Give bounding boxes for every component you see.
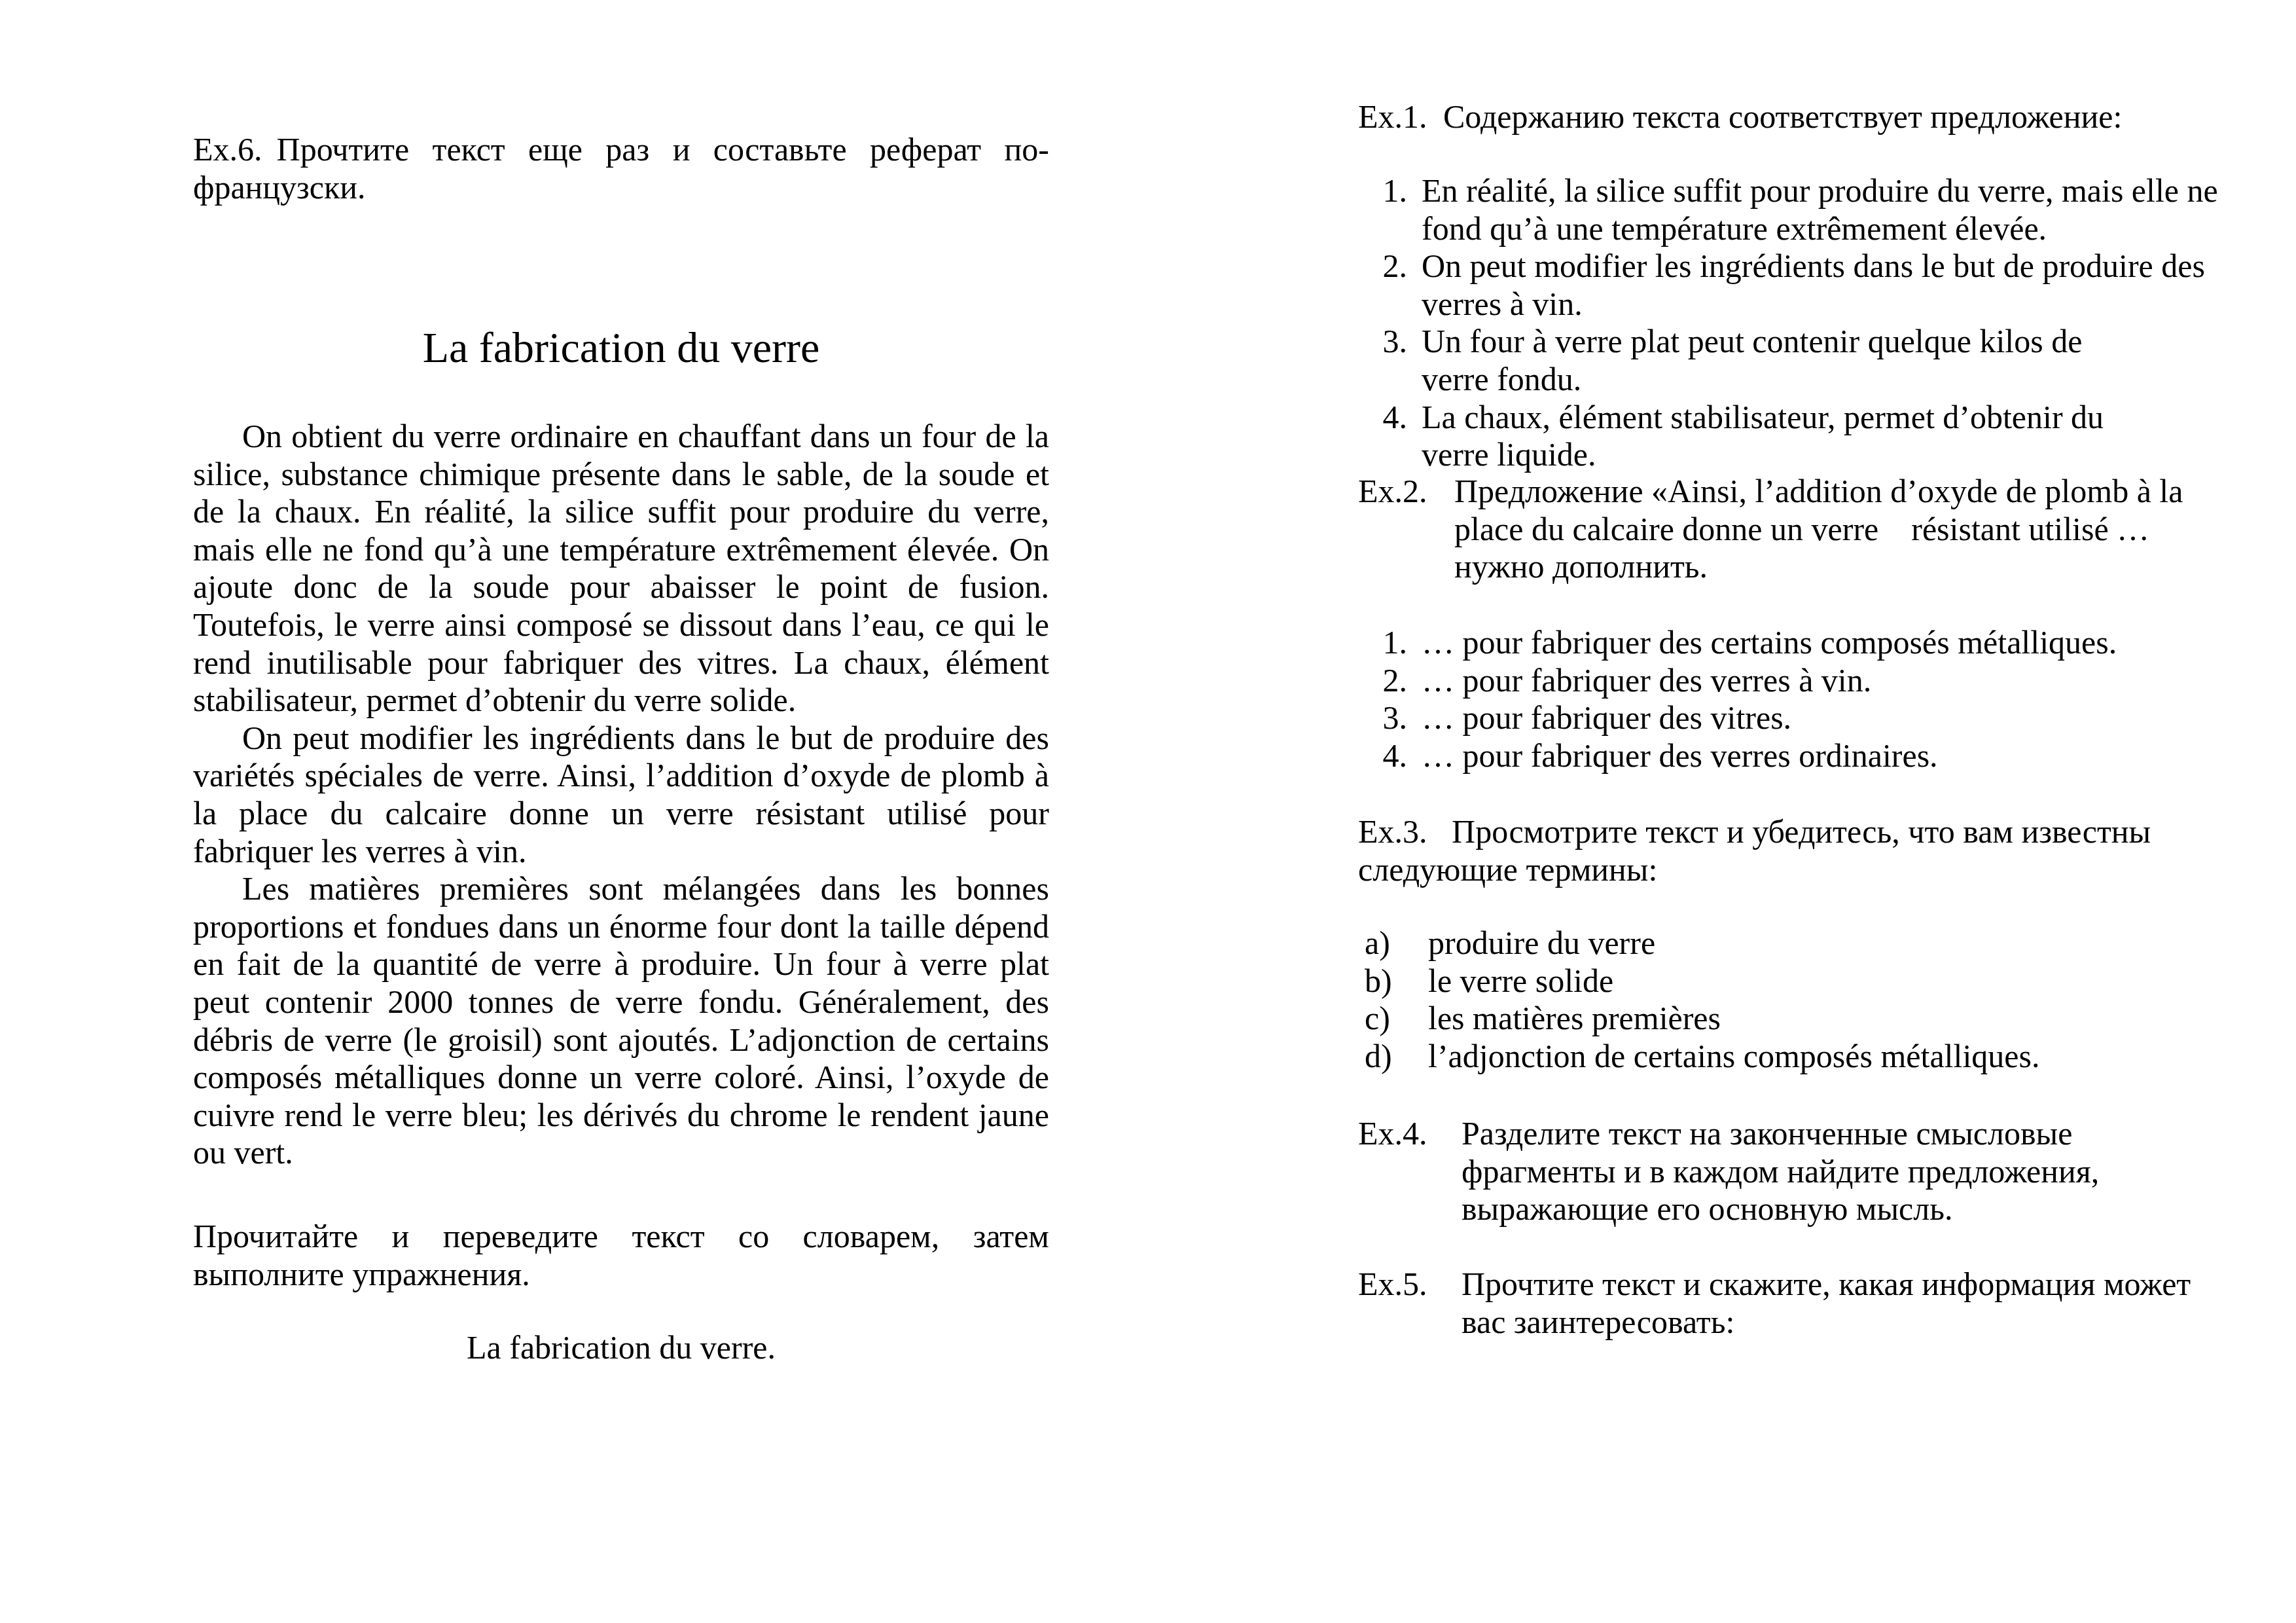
exercise-1-label: Ex.1. [1358,98,1443,136]
list-item: a) produire du verre [1365,924,2229,962]
exercise-6-line1: Ex.6. Прочтите текст еще раз и составьте… [193,131,1049,169]
list-item: c) les matières premières [1365,1000,2229,1038]
list-item: 1. … pour fabriquer des certains composé… [1358,624,2222,662]
instruction: Прочитайте и переведите текст со словаре… [193,1218,1049,1293]
exercise-4-label: Ex.4. [1358,1115,1462,1228]
exercise-6-line2: французски. [193,169,1049,207]
exercise-5: Ex.5. Прочтите текст и скажите, какая ин… [1358,1266,2222,1341]
list-item: 4. La chaux, élément stabilisateur, perm… [1358,399,2222,474]
paragraph-3: Les matières premières sont mélangées da… [193,870,1049,1172]
list-item: 3. Un four à verre plat peut contenir qu… [1358,323,2222,398]
exercise-2-heading: Ex.2. Предложение «Ainsi, l’addition d’o… [1358,473,2209,586]
exercise-6-text: Прочтите текст еще раз и составьте рефер… [277,131,1049,169]
reading-text: On obtient du verre ordinaire en chauffa… [193,418,1049,1172]
exercise-2-label: Ex.2. [1358,473,1454,586]
exercise-5-label: Ex.5. [1358,1266,1462,1341]
exercise-2-text: Предложение «Ainsi, l’addition d’oxyde d… [1454,473,2209,586]
exercise-3-label: Ex.3. [1358,813,1427,850]
exercise-6-label: Ex.6. [193,131,262,169]
paragraph-2: On peut modifier les ingrédients dans le… [193,720,1049,870]
exercise-3-list: a) produire du verre b) le verre solide … [1365,924,2229,1075]
list-item: 2. On peut modifier les ingrédients dans… [1358,247,2222,323]
list-item: d) l’adjonction de certains composés mét… [1365,1038,2229,1076]
exercise-1: Ex.1. Содержанию текста соответствует пр… [1358,98,2222,136]
exercise-1-heading: Ex.1. Содержанию текста соответствует пр… [1358,98,2222,136]
list-item: 4. … pour fabriquer des verres ordinaire… [1358,737,2222,775]
list-item: 3. … pour fabriquer des vitres. [1358,699,2222,737]
exercise-5-text: Прочтите текст и скажите, какая информац… [1462,1266,2222,1341]
list-item: b) le verre solide [1365,962,2229,1000]
exercise-2-list: 1. … pour fabriquer des certains composé… [1358,624,2222,775]
exercise-4: Ex.4. Разделите текст на законченные смы… [1358,1115,2117,1228]
subtitle: La fabrication du verre. [193,1329,1049,1367]
exercise-3-text: Просмотрите текст и убедитесь, что вам и… [1358,813,2151,888]
exercise-6: Ex.6. Прочтите текст еще раз и составьте… [193,131,1049,206]
paragraph-1: On obtient du verre ordinaire en chauffa… [193,418,1049,720]
exercise-1-list: 1. En réalité, la silice suffit pour pro… [1358,172,2222,474]
list-item: 2. … pour fabriquer des verres à vin. [1358,662,2222,700]
exercise-1-text: Содержанию текста соответствует предложе… [1443,98,2222,136]
exercise-3-heading: Ex.3. Просмотрите текст и убедитесь, что… [1358,813,2189,888]
exercise-4-text: Разделите текст на законченные смысловые… [1462,1115,2117,1228]
text-title: La fabrication du verre [193,322,1049,374]
list-item: 1. En réalité, la silice suffit pour pro… [1358,172,2222,247]
